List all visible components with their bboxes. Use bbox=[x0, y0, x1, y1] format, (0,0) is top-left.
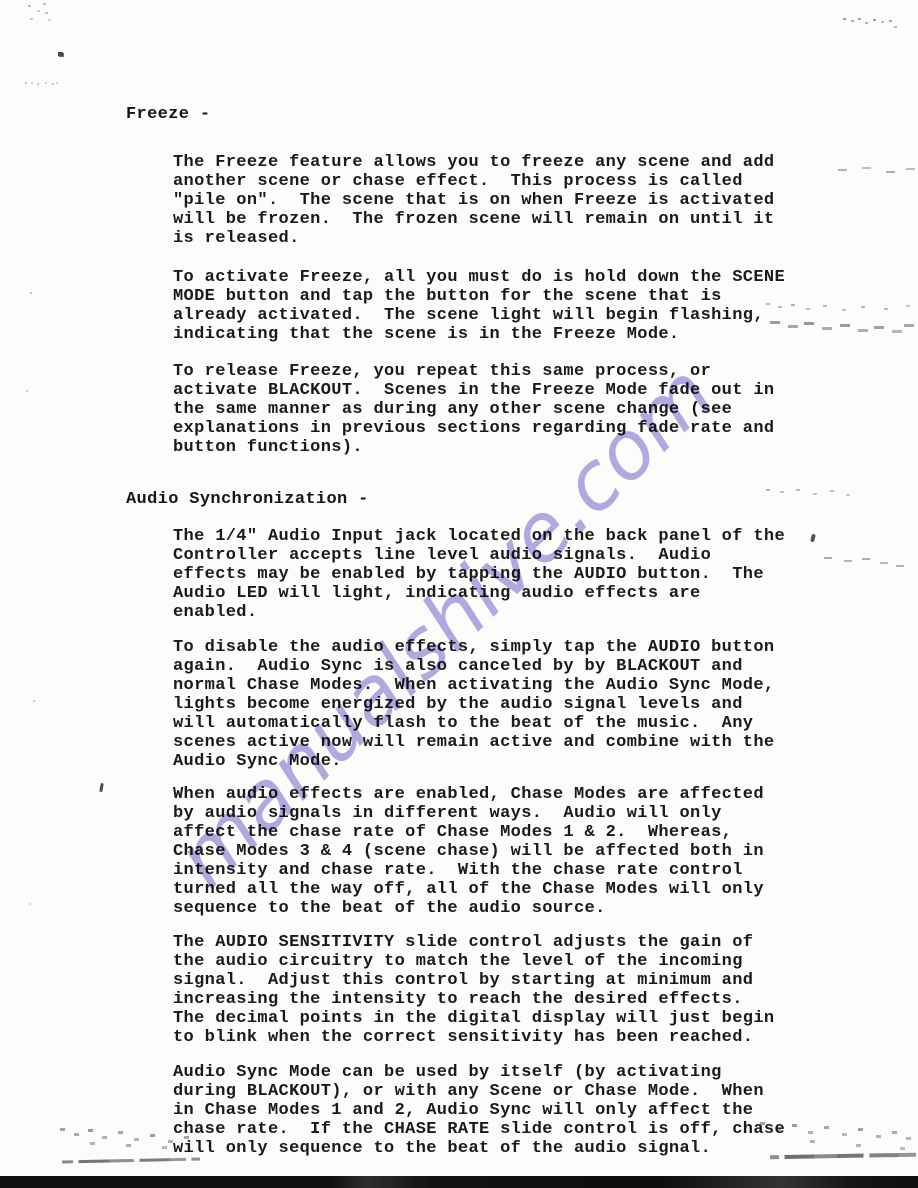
paragraph-audio-input: The 1/4" Audio Input jack located on the… bbox=[173, 527, 918, 622]
paragraph-audio-chase-modes: When audio effects are enabled, Chase Mo… bbox=[173, 785, 918, 918]
paragraph-freeze-activate: To activate Freeze, all you must do is h… bbox=[173, 268, 918, 344]
paragraph-audio-sync-usage: Audio Sync Mode can be used by itself (b… bbox=[173, 1063, 918, 1158]
paragraph-audio-disable: To disable the audio effects, simply tap… bbox=[173, 638, 918, 771]
section-heading-freeze: Freeze - bbox=[126, 105, 918, 124]
paragraph-audio-sensitivity: The AUDIO SENSITIVITY slide control adju… bbox=[173, 933, 918, 1047]
page-content: Freeze - The Freeze feature allows you t… bbox=[0, 0, 918, 1188]
paragraph-freeze-intro: The Freeze feature allows you to freeze … bbox=[173, 153, 918, 248]
section-heading-audio-sync: Audio Synchronization - bbox=[126, 490, 918, 509]
scanned-manual-page: Freeze - The Freeze feature allows you t… bbox=[0, 0, 918, 1188]
paragraph-freeze-release: To release Freeze, you repeat this same … bbox=[173, 362, 918, 457]
